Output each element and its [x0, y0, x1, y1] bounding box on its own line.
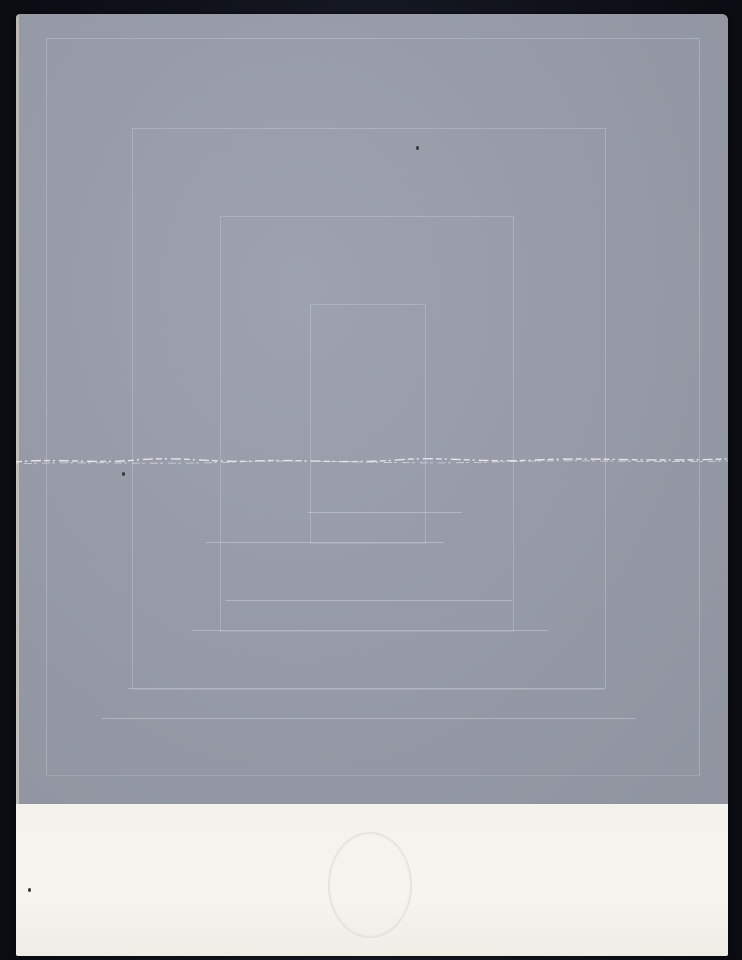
embossed-frame-outer: [46, 38, 700, 776]
scan-speck: [416, 146, 419, 150]
embossed-rule: [226, 600, 512, 601]
embossed-frame-inner: [310, 304, 426, 544]
embossed-rule: [192, 630, 548, 631]
embossed-rule: [206, 542, 444, 543]
scan-speck: [122, 472, 125, 476]
cover-upper-panel: [16, 14, 728, 804]
cover-lower-band: [16, 804, 728, 956]
scan-speck: [28, 888, 31, 892]
embossed-rule: [102, 718, 636, 719]
embossed-rule: [128, 688, 604, 689]
fold-crease: [16, 454, 728, 468]
booklet-cover: [16, 14, 728, 956]
cover-edge: [16, 14, 19, 804]
embossed-frame-2: [132, 128, 606, 690]
embossed-seal: [328, 832, 412, 938]
scan-background: [0, 0, 742, 960]
embossed-frame-3: [220, 216, 514, 632]
embossed-rule: [308, 512, 462, 513]
